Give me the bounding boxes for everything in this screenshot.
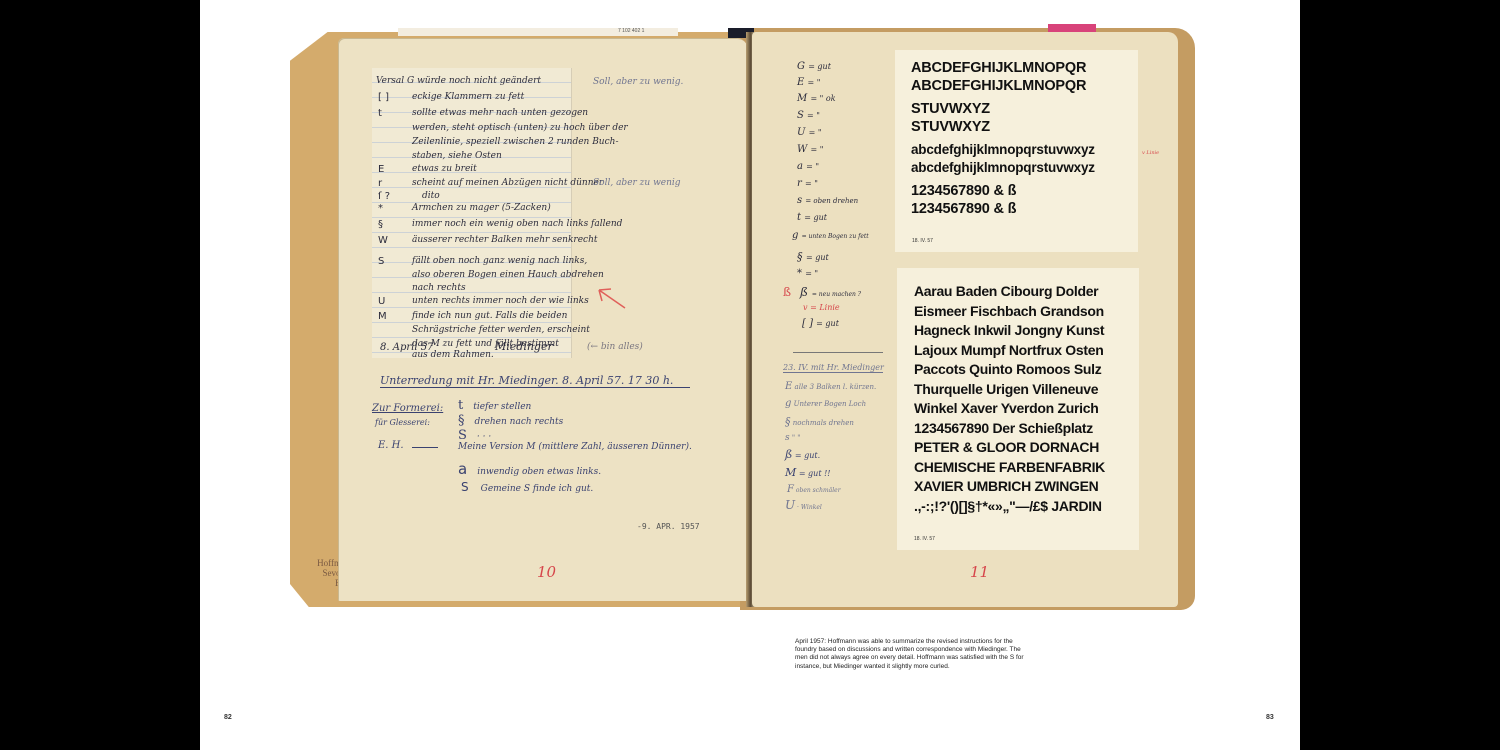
meeting-item: SGemeine S finde ich gut. xyxy=(461,480,593,494)
margin-note: (← bin alles) xyxy=(587,342,643,352)
checklist-row: U = " xyxy=(797,127,822,138)
specimen-annotation: v Linie xyxy=(1142,150,1159,156)
second-note-heading: 23. IV. mit Hr. Miedinger xyxy=(783,363,883,373)
checklist-row: s = oben drehen xyxy=(797,195,858,206)
second-note-row: E alle 3 Balken l. kürzen. xyxy=(785,381,876,392)
checklist-row: g = unten Bogen zu fett xyxy=(792,230,869,241)
specimen-line: ABCDEFGHIJKLMNOPQR xyxy=(911,77,1122,95)
specimen-line: Eismeer Fischbach Grandson xyxy=(914,302,1122,322)
checklist-row: ß = neu machen ? xyxy=(800,285,861,299)
dash-line xyxy=(412,447,438,448)
specimen-line: CHEMISCHE FARBENFABRIK xyxy=(914,458,1122,478)
book-spread: Hoffma Sevog Ba 7 102 402 1 Versal G wür… xyxy=(200,0,1300,750)
second-note-row: § nochmals drehen xyxy=(785,415,854,428)
strip-label: 7 102 402 1 xyxy=(618,28,644,34)
specimen-line: Paccots Quinto Romoos Sulz xyxy=(914,360,1122,380)
checklist-row: S = " xyxy=(797,110,820,121)
second-note-row: g Unterer Bogen Loch xyxy=(785,398,866,409)
separator-line xyxy=(793,352,883,353)
page-number-right: 83 xyxy=(1266,714,1274,721)
specimen-line: STUVWXYZ xyxy=(911,100,1122,118)
meeting-item: §drehen nach rechts xyxy=(458,413,563,428)
specimen-date: 18. IV. 57 xyxy=(914,536,935,542)
checklist-row: * = " xyxy=(797,268,818,279)
meeting-item: ainwendig oben etwas links. xyxy=(458,460,601,478)
second-note-row: s " " xyxy=(785,433,801,443)
specimen-line: Aarau Baden Cibourg Dolder xyxy=(914,282,1122,302)
specimen-line: Winkel Xaver Yverdon Zurich xyxy=(914,399,1122,419)
checklist-row: § = gut xyxy=(797,250,829,263)
meeting-label: E. H. xyxy=(378,440,404,451)
lined-correction-note: Versal G würde noch nicht geändert [ ]ec… xyxy=(372,68,572,358)
specimen-line: Lajoux Mumpf Nortfrux Osten xyxy=(914,341,1122,361)
figure-caption: April 1957: Hoffmann was able to summari… xyxy=(795,638,1035,671)
specimen-card-words: Aarau Baden Cibourg Dolder Eismeer Fisch… xyxy=(897,268,1139,550)
meeting-heading: Unterredung mit Hr. Miedinger. 8. April … xyxy=(380,374,690,388)
checklist-row: M = " ok xyxy=(797,93,836,104)
checklist-row: [ ] = gut xyxy=(802,318,839,329)
second-note-row: U · Winkel xyxy=(785,498,822,512)
red-arrow-icon xyxy=(595,286,629,312)
specimen-line: abcdefghijklmnopqrstuvwxyz xyxy=(911,141,1122,159)
checklist-row: E = " xyxy=(797,77,820,88)
specimen-line: 1234567890 Der Schießplatz xyxy=(914,419,1122,439)
specimen-line: abcdefghijklmnopqrstuvwxyz xyxy=(911,159,1122,177)
margin-note: Soll, aber zu wenig. xyxy=(593,77,683,87)
meeting-label: Zur Formerei: xyxy=(372,403,443,414)
checklist-row: t = gut xyxy=(797,212,827,223)
page-mark: 10 xyxy=(537,563,556,581)
meeting-label: für Glesserei: xyxy=(375,418,430,427)
checklist-row: v = Linie xyxy=(803,303,840,312)
checklist-row: G = gut xyxy=(797,61,831,72)
second-note-row: ß = gut. xyxy=(785,448,820,461)
specimen-card-alphabet: ABCDEFGHIJKLMNOPQR ABCDEFGHIJKLMNOPQR ST… xyxy=(895,50,1138,252)
specimen-line: PETER & GLOOR DORNACH xyxy=(914,438,1122,458)
second-note-row: M = gut !! xyxy=(785,466,831,479)
red-correction-mark: ß xyxy=(783,285,791,299)
specimen-line: ABCDEFGHIJKLMNOPQR xyxy=(911,59,1122,77)
page-number-left: 82 xyxy=(224,714,232,721)
meeting-item: S· · · xyxy=(458,428,491,443)
checklist-row: a = " xyxy=(797,161,819,172)
specimen-line: XAVIER UMBRICH ZWINGEN xyxy=(914,477,1122,497)
note-date: 8. April 57 xyxy=(380,342,433,353)
meeting-item: ttiefer stellen xyxy=(458,398,531,413)
specimen-line: Thurquelle Urigen Villeneuve xyxy=(914,380,1122,400)
specimen-line: Hagneck Inkwil Jongny Kunst xyxy=(914,321,1122,341)
received-date-stamp: -9. APR. 1957 xyxy=(637,522,700,531)
specimen-date: 18. IV. 57 xyxy=(912,238,933,244)
checklist-row: W = " xyxy=(797,144,823,155)
checklist-row: r = " xyxy=(797,178,818,189)
specimen-line: .,-:;!?'()[]§†*«»„"—/£$ JARDIN xyxy=(914,497,1122,517)
second-note-row: F oben schmäler xyxy=(787,484,841,495)
specimen-line: 1234567890 & ß xyxy=(911,182,1122,200)
page-mark: 11 xyxy=(970,563,989,581)
specimen-line: 1234567890 & ß xyxy=(911,200,1122,218)
margin-note: Soll, aber zu wenig xyxy=(593,178,681,188)
specimen-line: STUVWXYZ xyxy=(911,118,1122,136)
miedinger-signature: Miedinger xyxy=(495,340,553,353)
meeting-item: Meine Version M (mittlere Zahl, äusseren… xyxy=(458,442,692,452)
